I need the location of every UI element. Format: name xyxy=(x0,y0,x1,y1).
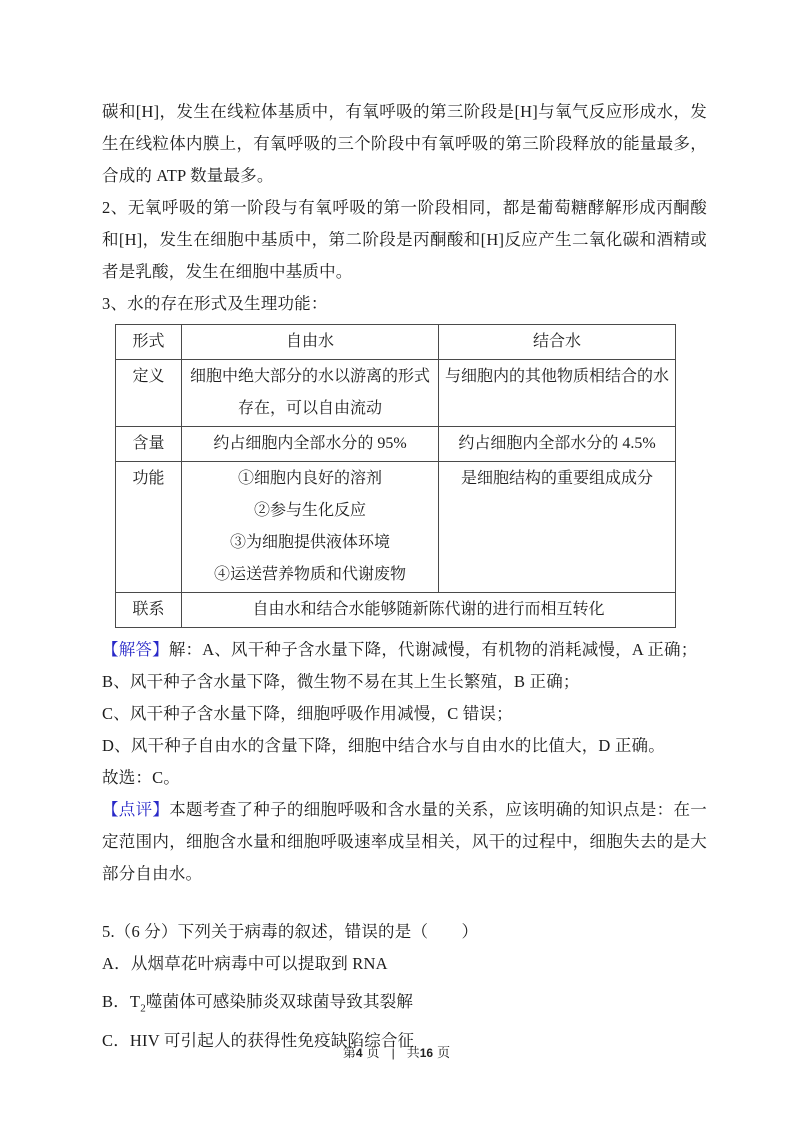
water-forms-table: 形式 自由水 结合水 定义 细胞中绝大部分的水以游离的形式存在，可以自由流动 与… xyxy=(115,324,676,628)
table-row-definition: 定义 细胞中绝大部分的水以游离的形式存在，可以自由流动 与细胞内的其他物质相结合… xyxy=(116,360,676,427)
header-cell-form: 形式 xyxy=(116,325,182,360)
document-page: 碳和[H]，发生在线粒体基质中，有氧呼吸的第三阶段是[H]与氧气反应形成水，发生… xyxy=(0,0,793,1122)
table-row-content: 含量 约占细胞内全部水分的 95% 约占细胞内全部水分的 4.5% xyxy=(116,427,676,462)
row-label-definition: 定义 xyxy=(116,360,182,427)
row-label-function: 功能 xyxy=(116,462,182,593)
answer-text-a: 解：A、风干种子含水量下降，代谢减慢，有机物的消耗减慢，A 正确； xyxy=(169,640,698,659)
page-footer: 第4页|共16页 xyxy=(0,1042,793,1061)
table-row-relation: 联系 自由水和结合水能够随新陈代谢的进行而相互转化 xyxy=(116,593,676,628)
option-b-label: B． xyxy=(102,992,130,1011)
row-label-relation: 联系 xyxy=(116,593,182,628)
document-content: 碳和[H]，发生在线粒体基质中，有氧呼吸的第三阶段是[H]与氧气反应形成水，发生… xyxy=(102,96,707,1063)
function-item-1: ①细胞内良好的溶剂 xyxy=(186,463,434,495)
answer-line-b: B、风干种子含水量下降，微生物不易在其上生长繁殖，B 正确； xyxy=(102,666,707,698)
function-item-2: ②参与生化反应 xyxy=(186,495,434,527)
header-cell-free-water: 自由水 xyxy=(182,325,439,360)
page-number-current: 第4页 xyxy=(343,1045,380,1060)
carryover-paragraph: 碳和[H]，发生在线粒体基质中，有氧呼吸的第三阶段是[H]与氧气反应形成水，发生… xyxy=(102,96,707,192)
answer-conclusion: 故选：C。 xyxy=(102,762,707,794)
answer-tag: 【解答】 xyxy=(102,640,169,659)
comment-paragraph: 【点评】本题考查了种子的细胞呼吸和含水量的关系，应该明确的知识点是：在一定范围内… xyxy=(102,794,707,890)
comment-tag: 【点评】 xyxy=(102,800,169,819)
cell-function-bound: 是细胞结构的重要组成成分 xyxy=(439,462,676,593)
answer-line-c: C、风干种子含水量下降，细胞呼吸作用减慢，C 错误； xyxy=(102,698,707,730)
option-b: B．T2噬菌体可感染肺炎双球菌导致其裂解 xyxy=(102,986,707,1024)
option-a-label: A． xyxy=(102,954,131,973)
page-separator: | xyxy=(392,1046,395,1060)
cell-definition-free: 细胞中绝大部分的水以游离的形式存在，可以自由流动 xyxy=(182,360,439,427)
cell-content-bound: 约占细胞内全部水分的 4.5% xyxy=(439,427,676,462)
option-a-text: 从烟草花叶病毒中可以提取到 RNA xyxy=(131,954,388,973)
water-forms-heading: 3、水的存在形式及生理功能： xyxy=(102,288,707,320)
answer-line-a: 【解答】解：A、风干种子含水量下降，代谢减慢，有机物的消耗减慢，A 正确； xyxy=(102,634,707,666)
table-row-function: 功能 ①细胞内良好的溶剂 ②参与生化反应 ③为细胞提供液体环境 ④运送营养物质和… xyxy=(116,462,676,593)
cell-definition-bound: 与细胞内的其他物质相结合的水 xyxy=(439,360,676,427)
table-header-row: 形式 自由水 结合水 xyxy=(116,325,676,360)
option-a: A．从烟草花叶病毒中可以提取到 RNA xyxy=(102,948,707,986)
cell-relation-merged: 自由水和结合水能够随新陈代谢的进行而相互转化 xyxy=(182,593,676,628)
answer-line-d: D、风干种子自由水的含量下降，细胞中结合水与自由水的比值大，D 正确。 xyxy=(102,730,707,762)
header-cell-bound-water: 结合水 xyxy=(439,325,676,360)
question-5-stem: 5.（6 分）下列关于病毒的叙述，错误的是（ ） xyxy=(102,916,707,948)
cell-content-free: 约占细胞内全部水分的 95% xyxy=(182,427,439,462)
page-number-total: 共16页 xyxy=(407,1045,450,1060)
function-item-4: ④运送营养物质和代谢废物 xyxy=(186,559,434,591)
function-item-3: ③为细胞提供液体环境 xyxy=(186,527,434,559)
option-b-text-post: 噬菌体可感染肺炎双球菌导致其裂解 xyxy=(146,992,413,1011)
row-label-content: 含量 xyxy=(116,427,182,462)
cell-function-free: ①细胞内良好的溶剂 ②参与生化反应 ③为细胞提供液体环境 ④运送营养物质和代谢废… xyxy=(182,462,439,593)
comment-text: 本题考查了种子的细胞呼吸和含水量的关系，应该明确的知识点是：在一定范围内，细胞含… xyxy=(102,800,707,883)
anaerobic-respiration-paragraph: 2、无氧呼吸的第一阶段与有氧呼吸的第一阶段相同，都是葡萄糖酵解形成丙酮酸和[H]… xyxy=(102,192,707,288)
option-b-text: T xyxy=(130,992,140,1011)
